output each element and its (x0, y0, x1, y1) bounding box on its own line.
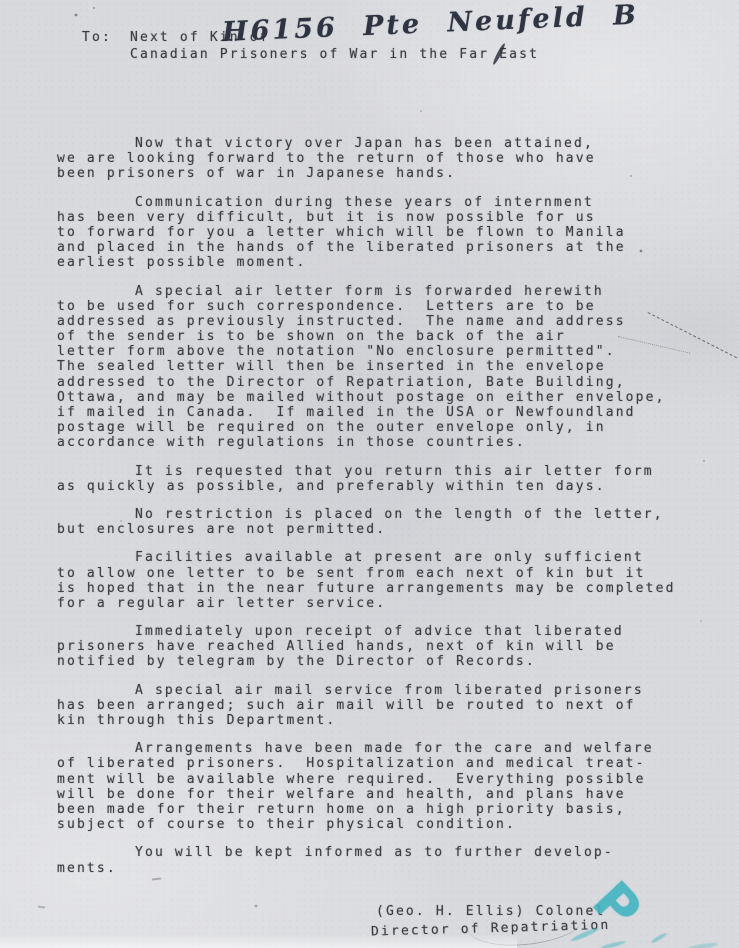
typed-line: notified by telegram by the Director of … (57, 654, 697, 669)
typed-line: of liberated prisoners. Hospitalization … (57, 756, 697, 771)
typed-line: we are looking forward to the return of … (57, 151, 697, 166)
typed-line: has been very difficult, but it is now p… (57, 210, 697, 225)
paragraph: A special air mail service from liberate… (57, 683, 697, 729)
typed-line: addressed as previously instructed. The … (57, 314, 697, 329)
typed-line: has been arranged; such air mail will be… (57, 698, 697, 713)
paper-specks (0, 0, 2, 2)
typed-line: Immediately upon receipt of advice that … (57, 624, 697, 639)
teal-ink-smudge (650, 932, 668, 944)
typed-line: been prisoners of war in Japanese hands. (57, 166, 697, 181)
paragraph: Communication during these years of inte… (57, 195, 697, 271)
typed-line: It is requested that you return this air… (57, 464, 697, 479)
pencil-dash (38, 906, 45, 909)
typed-line: No restriction is placed on the length o… (57, 507, 697, 522)
paragraph: You will be kept informed as to further … (57, 845, 697, 875)
paragraph: No restriction is placed on the length o… (57, 507, 697, 537)
typed-line: Now that victory over Japan has been att… (57, 136, 697, 151)
typed-line: Facilities available at present are only… (57, 550, 697, 565)
typed-line: to forward for you a letter which will b… (57, 225, 697, 240)
typed-line: accordance with regulations in those cou… (57, 435, 697, 450)
typed-line: prisoners have reached Allied hands, nex… (57, 639, 697, 654)
paragraph: It is requested that you return this air… (57, 464, 697, 494)
handwritten-prisoner-name: H6156 Pte Neufeld B (222, 0, 653, 48)
typed-line: Communication during these years of inte… (57, 195, 697, 210)
paragraph: Facilities available at present are only… (57, 550, 697, 611)
typed-line: but enclosures are not permitted. (57, 522, 697, 537)
typed-line: earliest possible moment. (57, 255, 697, 270)
letter-body: Now that victory over Japan has been att… (57, 136, 697, 889)
typed-line: A special air mail service from liberate… (57, 683, 697, 698)
scanned-letter-page: To: Next of Kin of Canadian Prisoners of… (0, 0, 739, 948)
typed-line: is hoped that in the near future arrange… (57, 581, 697, 596)
typed-line: of the sender is to be shown on the back… (57, 329, 697, 344)
header-group-line: Canadian Prisoners of War in the Far Eas… (130, 47, 539, 62)
typed-line: subject of course to their physical cond… (57, 817, 697, 832)
typed-line: A special air letter form is forwarded h… (57, 284, 697, 299)
typed-line: for a regular air letter service. (57, 596, 697, 611)
typed-line: Ottawa, and may be mailed without postag… (57, 390, 697, 405)
typed-line: been made for their return home on a hig… (57, 802, 697, 817)
typed-line: as quickly as possible, and preferably w… (57, 479, 697, 494)
typed-line: The sealed letter will then be inserted … (57, 359, 697, 374)
to-label: To: (82, 30, 112, 45)
paragraph: Arrangements have been made for the care… (57, 741, 697, 832)
typed-line: to allow one letter to be sent from each… (57, 566, 697, 581)
typed-line: if mailed in Canada. If mailed in the US… (57, 405, 697, 420)
typed-line: You will be kept informed as to further … (57, 845, 697, 860)
paragraph: Now that victory over Japan has been att… (57, 136, 697, 182)
typed-line: to be used for such correspondence. Lett… (57, 299, 697, 314)
typed-line: ment will be available where required. E… (57, 772, 697, 787)
typed-line: kin through this Department. (57, 713, 697, 728)
teal-ink-smudge (600, 940, 626, 948)
typed-line: ments. (57, 861, 697, 876)
typed-line: and placed in the hands of the liberated… (57, 240, 697, 255)
paragraph: Immediately upon receipt of advice that … (57, 624, 697, 670)
typed-line: letter form above the notation "No enclo… (57, 344, 697, 359)
typed-line: Arrangements have been made for the care… (57, 741, 697, 756)
typed-line: will be done for their welfare and healt… (57, 787, 697, 802)
typed-line: postage will be required on the outer en… (57, 420, 697, 435)
typed-line: addressed to the Director of Repatriatio… (57, 375, 697, 390)
paragraph: A special air letter form is forwarded h… (57, 284, 697, 451)
teal-ink-smudge (686, 942, 718, 948)
